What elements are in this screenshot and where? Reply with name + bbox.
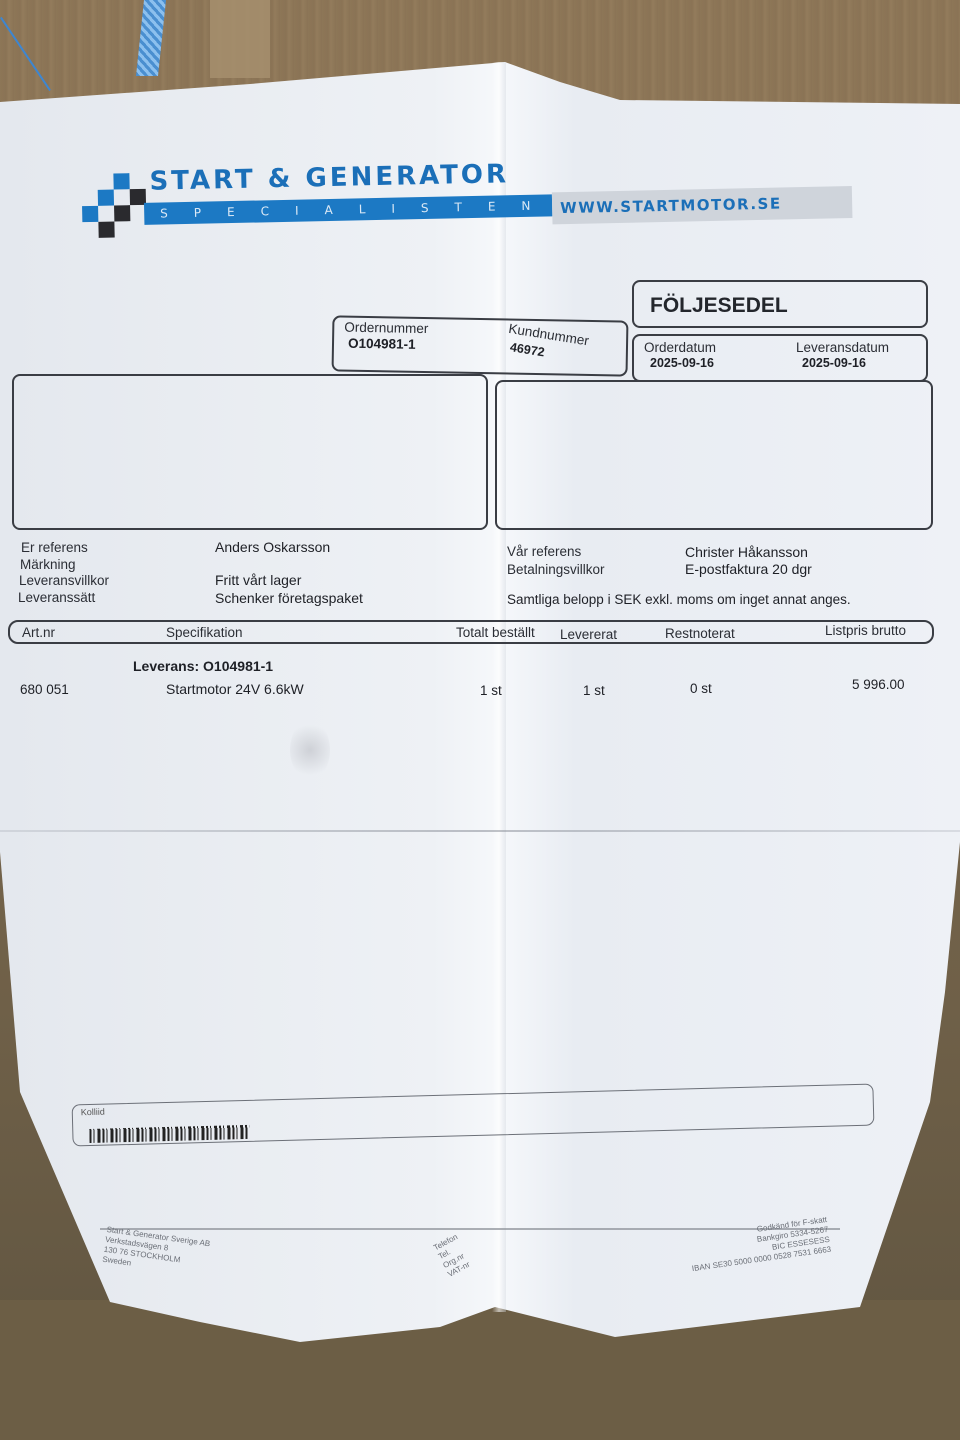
customer-number-value: 46972 — [509, 340, 546, 359]
column-header-art-nr: Art.nr — [22, 625, 55, 640]
strap-string — [0, 17, 51, 91]
logo-website: WWW.STARTMOTOR.SE — [552, 186, 853, 224]
currency-note: Samtliga belopp i SEK exkl. moms om inge… — [507, 592, 851, 607]
delivery-date-label: Leveransdatum — [796, 340, 889, 355]
row-list-price: 5 996.00 — [852, 677, 905, 692]
table-header: Art.nr Specifikation Totalt beställt Lev… — [8, 620, 934, 644]
torn-tape — [210, 0, 270, 78]
payment-terms-value: E-postfaktura 20 dgr — [685, 561, 812, 577]
row-backordered: 0 st — [690, 681, 712, 696]
company-logo: START & GENERATOR SPECIALISTEN WWW.START… — [81, 152, 863, 248]
row-delivered: 1 st — [583, 683, 605, 698]
fingerprint-smudge — [290, 720, 330, 780]
packing-slip-paper — [0, 62, 960, 1352]
parcel-id-label: Kolliid — [81, 1107, 105, 1118]
row-total-ordered: 1 st — [480, 683, 502, 698]
delivery-method-label: Leveranssätt — [18, 590, 95, 605]
cardboard-background-bottom — [0, 1300, 960, 1440]
order-number-value: O104981-1 — [348, 336, 416, 352]
delivery-heading: Leverans: O104981-1 — [133, 658, 273, 674]
column-header-specification: Specifikation — [166, 625, 243, 640]
payment-terms-label: Betalningsvillkor — [507, 562, 605, 577]
paper-fold-horizontal — [0, 830, 960, 832]
row-specification: Startmotor 24V 6.6kW — [166, 681, 304, 697]
billing-address-box — [495, 380, 933, 530]
our-reference-value: Christer Håkansson — [685, 544, 808, 560]
row-art-nr: 680 051 — [20, 682, 69, 697]
order-date-label: Orderdatum — [644, 340, 716, 355]
logo-tagline: SPECIALISTEN — [144, 194, 552, 225]
column-header-total-ordered: Totalt beställt — [456, 625, 535, 640]
your-reference-label: Er referens — [21, 540, 88, 555]
order-date-value: 2025-09-16 — [650, 356, 714, 370]
barcode-icon — [89, 1125, 249, 1143]
column-header-delivered: Levererat — [560, 627, 617, 642]
your-reference-value: Anders Oskarsson — [215, 539, 330, 555]
delivery-terms-label: Leveransvillkor — [19, 573, 109, 588]
document-title: FÖLJESEDEL — [650, 294, 788, 318]
delivery-date-value: 2025-09-16 — [802, 356, 866, 370]
order-number-label: Ordernummer — [344, 320, 428, 336]
order-number-box: Ordernummer O104981-1 Kundnummer 46972 — [332, 315, 629, 376]
document-title-box: FÖLJESEDEL — [632, 280, 928, 328]
checkered-flag-icon — [81, 173, 146, 238]
packing-strap — [136, 0, 166, 76]
logo-company-name: START & GENERATOR — [149, 159, 509, 197]
delivery-terms-value: Fritt vårt lager — [215, 572, 301, 588]
our-reference-label: Vår referens — [507, 544, 581, 559]
column-header-list-price: Listpris brutto — [825, 623, 906, 638]
column-header-backordered: Restnoterat — [665, 626, 735, 641]
delivery-address-box — [12, 374, 488, 530]
delivery-method-value: Schenker företagspaket — [215, 590, 363, 606]
dates-box: Orderdatum 2025-09-16 Leveransdatum 2025… — [632, 334, 928, 382]
marking-label: Märkning — [20, 557, 76, 572]
